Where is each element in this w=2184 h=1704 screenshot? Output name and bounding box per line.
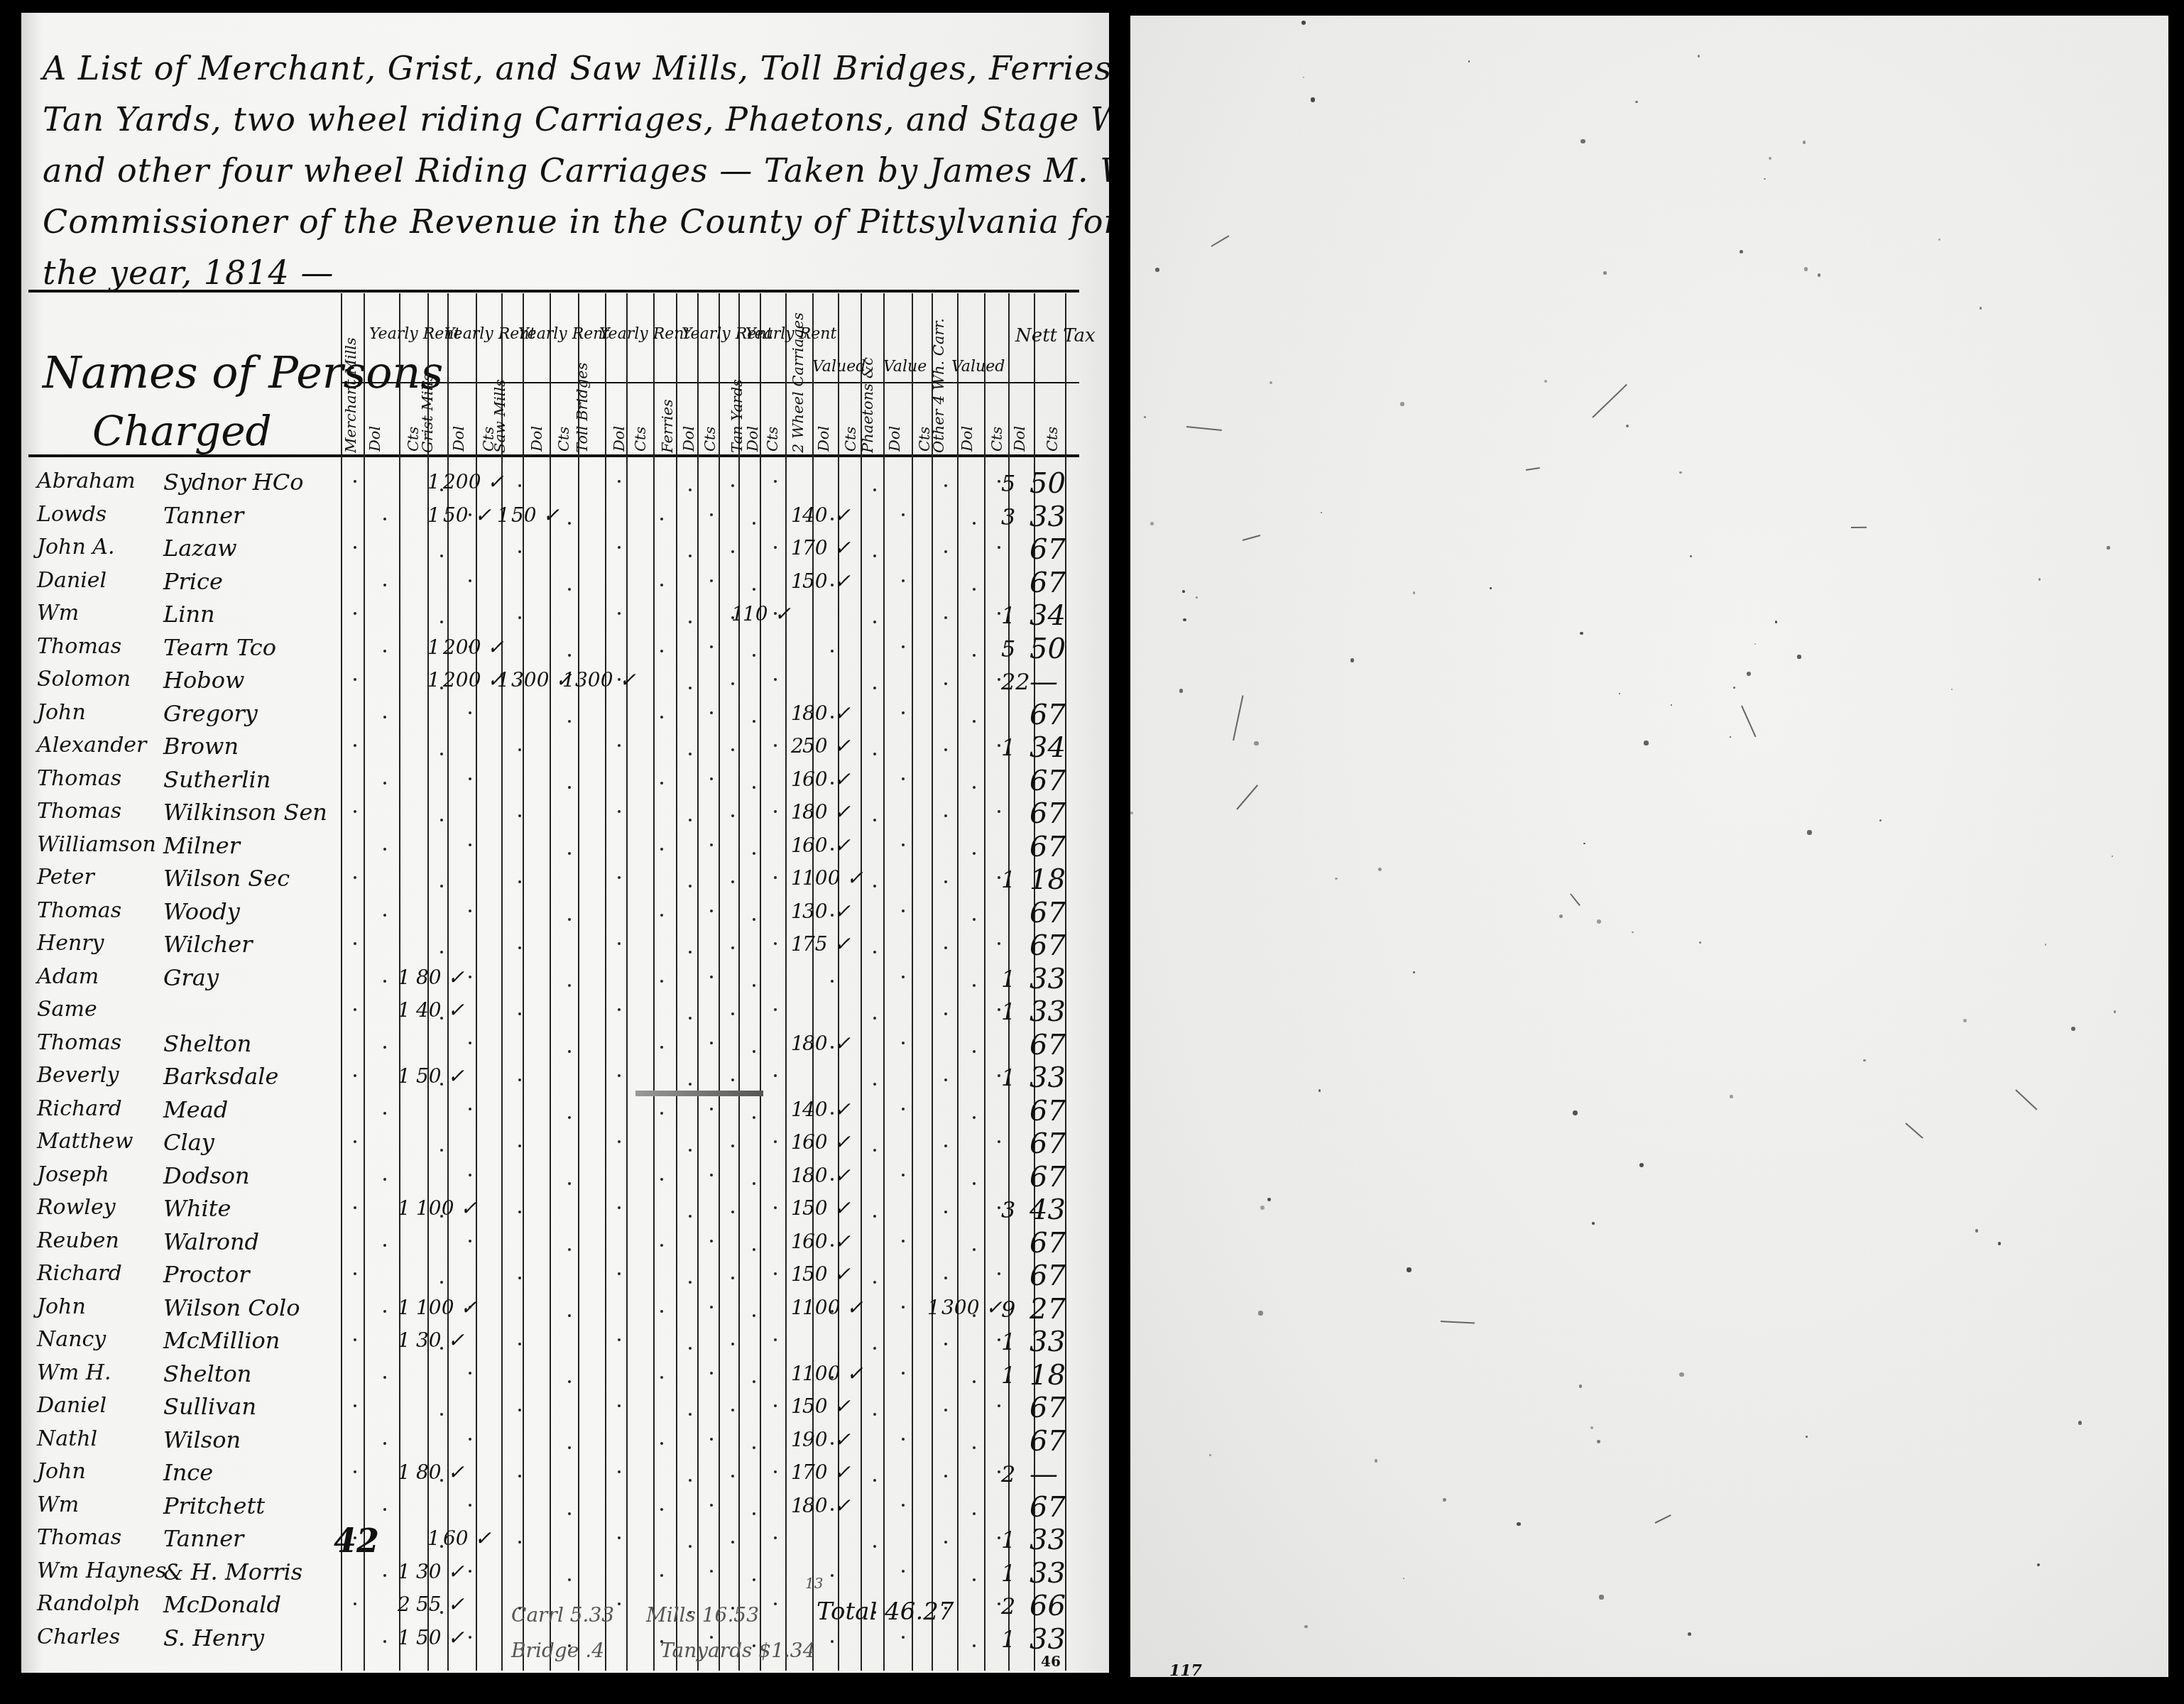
ledger-dot bbox=[689, 1347, 692, 1350]
ledger-dot bbox=[831, 716, 834, 719]
tax-dollars: 1 bbox=[1001, 1362, 1015, 1389]
ledger-dot bbox=[753, 984, 755, 987]
ledger-dot bbox=[383, 782, 386, 785]
cell-merch-no: 2 bbox=[398, 1593, 410, 1616]
ledger-dot bbox=[774, 1404, 777, 1407]
ledger-dot bbox=[973, 1050, 976, 1053]
ledger-dot bbox=[753, 1446, 755, 1449]
ledger-dot bbox=[518, 880, 521, 883]
last-name: S. Henry bbox=[163, 1624, 264, 1651]
tax-cents: 18 bbox=[1030, 1359, 1066, 1392]
ledger-dot bbox=[998, 1536, 1000, 1539]
tax-cents: 67 bbox=[1030, 1127, 1066, 1160]
ledger-dot bbox=[440, 1413, 443, 1416]
ledger-dot bbox=[383, 848, 386, 851]
paper-speck bbox=[1951, 689, 1953, 690]
first-name: Henry bbox=[37, 931, 104, 956]
paper-speck bbox=[2037, 1563, 2040, 1566]
first-name: Beverly bbox=[37, 1063, 119, 1088]
tax-cents: 67 bbox=[1030, 1491, 1066, 1524]
cell-toll-rent: 300 ✓ bbox=[575, 668, 636, 692]
paper-speck bbox=[1733, 687, 1735, 689]
ledger-dot bbox=[618, 546, 621, 549]
ledger-dot bbox=[660, 848, 663, 851]
tax-cents: 66 bbox=[1030, 1590, 1066, 1622]
ledger-dot bbox=[973, 1248, 976, 1251]
first-name: John bbox=[37, 1294, 86, 1319]
ledger-dot bbox=[731, 1012, 734, 1015]
ledger-dot bbox=[568, 588, 571, 591]
ledger-dot bbox=[753, 1314, 755, 1317]
ledger-dot bbox=[568, 786, 571, 789]
ledger-dot bbox=[618, 1602, 621, 1605]
ledger-dot bbox=[568, 1182, 571, 1185]
ledger-dot bbox=[944, 682, 947, 685]
subheader-dol: Dol bbox=[886, 389, 903, 452]
ledger-dot bbox=[731, 550, 734, 553]
paper-speck bbox=[2114, 1010, 2117, 1013]
cell-grist-no: 1 bbox=[427, 470, 440, 493]
ledger-dot bbox=[998, 1206, 1000, 1209]
ledger-dot bbox=[902, 1108, 905, 1110]
first-name: Rowley bbox=[37, 1195, 116, 1220]
paper-speck bbox=[1807, 830, 1812, 835]
ledger-dot bbox=[354, 1074, 356, 1077]
tax-cents: 33 bbox=[1030, 501, 1066, 533]
tax-cents: 67 bbox=[1030, 1392, 1066, 1424]
tax-dollars: 5 bbox=[1001, 470, 1015, 497]
ink-smudge bbox=[635, 1091, 763, 1096]
paper-speck bbox=[1764, 178, 1765, 180]
ledger-dot bbox=[998, 1470, 1000, 1473]
title-line: A List of Merchant, Grist, and Saw Mills… bbox=[43, 43, 1079, 94]
summary-carriages: Carrl 5.33 bbox=[511, 1603, 614, 1627]
ledger-dot bbox=[944, 1343, 947, 1345]
ledger-dot bbox=[973, 588, 976, 591]
ledger-dot bbox=[469, 1042, 471, 1044]
ledger-dot bbox=[354, 678, 356, 681]
ledger-dot bbox=[518, 1145, 521, 1147]
first-name: Daniel bbox=[37, 1393, 107, 1418]
ledger-dot bbox=[518, 1277, 521, 1279]
paper-speck bbox=[1775, 621, 1777, 623]
ledger-dot bbox=[753, 522, 755, 525]
paper-speck bbox=[1517, 1522, 1521, 1526]
ledger-dot bbox=[383, 914, 386, 917]
ledger-dot bbox=[774, 612, 777, 615]
ledger-dot bbox=[518, 1211, 521, 1213]
ledger-dot bbox=[873, 951, 876, 954]
tax-dollars: 1 bbox=[1001, 866, 1015, 893]
cell-carr-val: 80 ✓ bbox=[802, 1032, 851, 1055]
cell-other-val: 300 ✓ bbox=[941, 1296, 1003, 1319]
ledger-dot bbox=[440, 1281, 443, 1284]
cell-merch-rent: 50 ✓ bbox=[416, 1626, 464, 1649]
ledger-dot bbox=[440, 819, 443, 821]
ledger-dot bbox=[973, 1578, 976, 1581]
ledger-dot bbox=[731, 616, 734, 619]
paper-speck bbox=[1963, 1019, 1967, 1022]
tax-cents: 34 bbox=[1030, 599, 1066, 632]
ledger-dot bbox=[383, 1508, 386, 1511]
subheader-dol: Dol bbox=[680, 389, 697, 452]
subheader-cts: Cts bbox=[555, 389, 572, 452]
paper-speck bbox=[1769, 157, 1771, 160]
ledger-dot bbox=[618, 1536, 621, 1539]
ledger-dot bbox=[383, 1574, 386, 1577]
subheader-dol: Dol bbox=[611, 389, 628, 452]
last-name: Proctor bbox=[163, 1261, 249, 1288]
ledger-dot bbox=[944, 1211, 947, 1213]
ledger-dot bbox=[710, 777, 713, 780]
tax-cents: 67 bbox=[1030, 797, 1066, 830]
paper-speck bbox=[1592, 1222, 1595, 1225]
paper-fiber bbox=[1186, 426, 1222, 431]
tax-cents: 67 bbox=[1030, 831, 1066, 863]
paper-fiber bbox=[1525, 466, 1539, 470]
ledger-dot bbox=[731, 946, 734, 949]
paper-speck bbox=[1318, 1089, 1321, 1091]
ledger-dot bbox=[440, 687, 443, 689]
ledger-dot bbox=[710, 1438, 713, 1441]
subheader-cts: Cts bbox=[405, 389, 422, 452]
ledger-dot bbox=[731, 1078, 734, 1081]
first-name: Charles bbox=[37, 1624, 120, 1649]
first-name: Adam bbox=[37, 964, 99, 989]
first-name: Joseph bbox=[37, 1162, 109, 1187]
ledger-dot bbox=[774, 810, 777, 813]
ledger-dot bbox=[689, 951, 692, 954]
cell-merch-rent: 100 ✓ bbox=[416, 1196, 477, 1220]
ledger-dot bbox=[774, 1008, 777, 1011]
paper-fiber bbox=[1851, 527, 1867, 528]
col-valued-1: Valued bbox=[812, 358, 866, 376]
ledger-dot bbox=[710, 645, 713, 648]
col-phaetons: Phaetons &c bbox=[859, 304, 876, 453]
subheader-dol: Dol bbox=[959, 389, 976, 452]
paper-speck bbox=[1597, 1440, 1600, 1443]
ledger-dot bbox=[568, 1050, 571, 1053]
subheader-cts: Cts bbox=[701, 389, 719, 452]
ledger-dot bbox=[774, 1338, 777, 1341]
ledger-dot bbox=[831, 584, 834, 586]
cell-grist-no: 1 bbox=[427, 503, 440, 527]
ledger-dot bbox=[383, 1310, 386, 1313]
ledger-dot bbox=[383, 1046, 386, 1049]
last-name: Gray bbox=[163, 964, 219, 991]
ledger-dot bbox=[731, 1343, 734, 1345]
tax-dollars: 1 bbox=[1001, 1560, 1015, 1587]
tax-cents: 67 bbox=[1030, 1095, 1066, 1127]
ledger-dot bbox=[753, 654, 755, 657]
first-name: Randolph bbox=[37, 1591, 141, 1616]
ledger-dot bbox=[944, 1078, 947, 1081]
subheader-cts: Cts bbox=[1044, 389, 1061, 452]
paper-speck bbox=[1573, 1110, 1578, 1115]
ledger-dot bbox=[831, 518, 834, 520]
ledger-dot bbox=[873, 1413, 876, 1416]
ledger-dot bbox=[753, 1116, 755, 1119]
cell-carr-val: 80 ✓ bbox=[802, 1494, 851, 1517]
paper-speck bbox=[1644, 741, 1648, 745]
ledger-dot bbox=[469, 1174, 471, 1176]
ledger-dot bbox=[753, 918, 755, 921]
tax-dollars: 1 bbox=[1001, 1626, 1015, 1653]
subheader-dol: Dol bbox=[528, 389, 545, 452]
ledger-dot bbox=[383, 1442, 386, 1445]
ledger-dot bbox=[469, 711, 471, 714]
paper-speck bbox=[1407, 1267, 1411, 1272]
col-nett-tax: Nett Tax bbox=[1015, 325, 1096, 346]
paper-speck bbox=[1938, 239, 1940, 241]
first-name: Wm bbox=[37, 1492, 79, 1517]
first-name: Thomas bbox=[37, 898, 121, 923]
ledger-dot bbox=[660, 716, 663, 719]
ledger-dot bbox=[873, 621, 876, 623]
ledger-dot bbox=[689, 753, 692, 755]
paper-speck bbox=[1804, 267, 1808, 271]
ledger-dot bbox=[440, 1215, 443, 1218]
ledger-dot bbox=[568, 522, 571, 525]
first-name: Thomas bbox=[37, 1030, 121, 1055]
paper-speck bbox=[1754, 643, 1756, 645]
ledger-dot bbox=[774, 1074, 777, 1077]
ledger-dot bbox=[902, 1438, 905, 1441]
ledger-dot bbox=[873, 1149, 876, 1152]
last-name: Mead bbox=[163, 1096, 228, 1123]
ledger-dot bbox=[902, 1042, 905, 1044]
paper-speck bbox=[1803, 141, 1806, 143]
ledger-dot bbox=[710, 976, 713, 978]
ledger-dot bbox=[731, 880, 734, 883]
tax-dollars: 1 bbox=[1001, 1526, 1015, 1553]
cell-grist-no: 1 bbox=[427, 635, 440, 659]
ledger-dot bbox=[944, 550, 947, 553]
last-name: McMillion bbox=[163, 1327, 280, 1354]
paper-speck bbox=[1544, 380, 1547, 383]
ledger-dot bbox=[973, 1446, 976, 1449]
ledger-dot bbox=[944, 1145, 947, 1147]
ledger-dot bbox=[618, 678, 621, 681]
ledger-dot bbox=[973, 786, 976, 789]
paper-fiber bbox=[1233, 695, 1244, 741]
ledger-dot bbox=[440, 1347, 443, 1350]
ledger-dot bbox=[731, 682, 734, 685]
ledger-dot bbox=[689, 885, 692, 887]
ledger-dot bbox=[973, 918, 976, 921]
ledger-dot bbox=[753, 1512, 755, 1515]
ledger-dot bbox=[660, 914, 663, 917]
ledger-dot bbox=[440, 555, 443, 557]
cell-merch-no: 1 bbox=[398, 1196, 410, 1220]
tax-dollars: 1 bbox=[1001, 966, 1015, 993]
ledger-dot bbox=[518, 550, 521, 553]
ledger-dot bbox=[944, 484, 947, 487]
ledger-dot bbox=[973, 1380, 976, 1383]
subheader-cts: Cts bbox=[632, 389, 649, 452]
ledger-dot bbox=[902, 1174, 905, 1176]
ledger-dot bbox=[568, 1512, 571, 1515]
ledger-dot bbox=[902, 1636, 905, 1639]
ledger-dot bbox=[354, 1470, 356, 1473]
ledger-dot bbox=[440, 488, 443, 491]
ledger-dot bbox=[973, 984, 976, 987]
ledger-dot bbox=[568, 984, 571, 987]
first-name: Williamson bbox=[37, 832, 156, 857]
last-name: & H. Morris bbox=[163, 1558, 302, 1585]
tax-dollars: 1 bbox=[1001, 1064, 1015, 1091]
ledger-dot bbox=[568, 1248, 571, 1251]
first-name: Thomas bbox=[37, 634, 121, 659]
first-name: John bbox=[37, 1459, 86, 1484]
tax-dollars: 2 bbox=[1001, 1593, 1015, 1620]
cell-carr-val: 100 ✓ bbox=[802, 1296, 863, 1319]
ledger-dot bbox=[774, 1140, 777, 1143]
first-name: Matthew bbox=[37, 1129, 133, 1154]
ledger-dot bbox=[469, 1636, 471, 1639]
ledger-dot bbox=[973, 1512, 976, 1515]
last-name: Dodson bbox=[163, 1162, 250, 1189]
cell-carr-val: 70 ✓ bbox=[802, 1460, 851, 1484]
first-name: Same bbox=[37, 997, 97, 1022]
tax-cents: 33 bbox=[1030, 1623, 1066, 1656]
ledger-dot bbox=[689, 621, 692, 623]
ledger-dot bbox=[689, 1479, 692, 1482]
subheader-dol: Dol bbox=[744, 389, 761, 452]
paper-speck bbox=[1179, 689, 1183, 692]
tax-cents: 33 bbox=[1030, 963, 1066, 995]
col-valued-3: Valued bbox=[951, 358, 1005, 376]
ledger-dot bbox=[774, 1470, 777, 1473]
tax-cents: 67 bbox=[1030, 1227, 1066, 1260]
ledger-dot bbox=[689, 488, 692, 491]
ledger-dot bbox=[873, 1479, 876, 1482]
paper-speck bbox=[1730, 1095, 1732, 1098]
paper-speck bbox=[1599, 1595, 1603, 1599]
paper-speck bbox=[1597, 919, 1602, 924]
ledger-dot bbox=[383, 1376, 386, 1379]
ledger-dot bbox=[618, 1470, 621, 1473]
last-name: Wilson bbox=[163, 1426, 241, 1453]
ledger-dot bbox=[618, 612, 621, 615]
last-name: Lazaw bbox=[163, 535, 237, 562]
paper-speck bbox=[1698, 55, 1700, 58]
ledger-dot bbox=[354, 1140, 356, 1143]
paper-speck bbox=[1806, 1436, 1808, 1438]
last-name: Wilson Sec bbox=[163, 865, 290, 892]
ledger-dot bbox=[710, 711, 713, 714]
first-name: John bbox=[37, 700, 86, 725]
ledger-dot bbox=[873, 1215, 876, 1218]
paper-speck bbox=[1635, 101, 1637, 103]
paper-speck bbox=[1879, 819, 1882, 821]
paper-fiber bbox=[1441, 1321, 1475, 1323]
ledger-dot bbox=[873, 885, 876, 887]
ledger-dot bbox=[998, 1602, 1000, 1605]
paper-speck bbox=[1321, 512, 1322, 513]
ledger-dot bbox=[998, 546, 1000, 549]
ledger-dot bbox=[660, 980, 663, 983]
last-name: Clay bbox=[163, 1129, 214, 1156]
tax-cents: 50 bbox=[1030, 467, 1066, 500]
paper-fiber bbox=[1211, 235, 1230, 246]
first-name: Thomas bbox=[37, 1525, 121, 1550]
paper-speck bbox=[1580, 139, 1585, 144]
paper-speck bbox=[2045, 944, 2046, 945]
ledger-dot bbox=[440, 1479, 443, 1482]
ledger-dot bbox=[831, 650, 834, 652]
paper-speck bbox=[1679, 1372, 1683, 1377]
last-name: Sullivan bbox=[163, 1393, 256, 1420]
last-name: Tanner bbox=[163, 1525, 244, 1552]
first-name: Peter bbox=[37, 865, 94, 890]
paper-fiber bbox=[1905, 1123, 1923, 1140]
title-line: Tan Yards, two wheel riding Carriages, P… bbox=[43, 94, 1079, 145]
cell-grist-rent: 200 ✓ bbox=[443, 668, 504, 692]
ledger-dot bbox=[831, 848, 834, 851]
ledger-dot bbox=[873, 1545, 876, 1548]
first-name: Nathl bbox=[37, 1426, 97, 1451]
first-name: Thomas bbox=[37, 766, 121, 791]
ledger-dot bbox=[689, 555, 692, 557]
ledger-dot bbox=[469, 513, 471, 516]
ledger-dot bbox=[998, 1404, 1000, 1407]
paper-speck bbox=[1400, 402, 1404, 406]
col-yearly-rent-3: Yearly Rent bbox=[518, 325, 609, 343]
ledger-dot bbox=[618, 942, 621, 945]
ledger-dot bbox=[689, 1413, 692, 1416]
tax-cents: — bbox=[1030, 665, 1058, 698]
paper-speck bbox=[1818, 273, 1821, 277]
ledger-dot bbox=[902, 910, 905, 912]
ledger-dot bbox=[973, 852, 976, 855]
ledger-dot bbox=[618, 1272, 621, 1275]
ledger-dot bbox=[831, 1244, 834, 1247]
ledger-dot bbox=[568, 1578, 571, 1581]
ledger-dot bbox=[660, 1574, 663, 1577]
paper-speck bbox=[1863, 1059, 1865, 1061]
subheader-cts: Cts bbox=[480, 389, 497, 452]
ledger-dot bbox=[944, 616, 947, 619]
ledger-dot bbox=[354, 810, 356, 813]
cell-merch-no: 1 bbox=[398, 1296, 410, 1319]
ledger-dot bbox=[944, 1012, 947, 1015]
paper-speck bbox=[1375, 1459, 1377, 1462]
ledger-dot bbox=[469, 1240, 471, 1242]
paper-speck bbox=[1626, 425, 1629, 427]
ledger-dot bbox=[568, 1380, 571, 1383]
ledger-dot bbox=[518, 682, 521, 685]
tax-cents: 67 bbox=[1030, 929, 1066, 962]
cell-carr-val: 40 ✓ bbox=[802, 503, 851, 527]
ledger-dot bbox=[710, 910, 713, 912]
paper-speck bbox=[1413, 591, 1416, 594]
cell-toll-no: 1 bbox=[562, 668, 575, 692]
paper-speck bbox=[2107, 546, 2109, 549]
summary-bridge: Bridge .4 bbox=[511, 1639, 604, 1662]
ledger-dot bbox=[354, 1338, 356, 1341]
ledger-dot bbox=[469, 910, 471, 912]
ledger-dot bbox=[383, 650, 386, 652]
last-name: White bbox=[163, 1195, 231, 1222]
paper-speck bbox=[1443, 1498, 1446, 1502]
paper-speck bbox=[1155, 268, 1159, 272]
subheader-dol: Dol bbox=[450, 389, 467, 452]
paper-speck bbox=[1632, 932, 1634, 934]
ledger-dot bbox=[998, 744, 1000, 747]
ledger-dot bbox=[902, 1504, 905, 1507]
paper-speck bbox=[1301, 21, 1306, 25]
